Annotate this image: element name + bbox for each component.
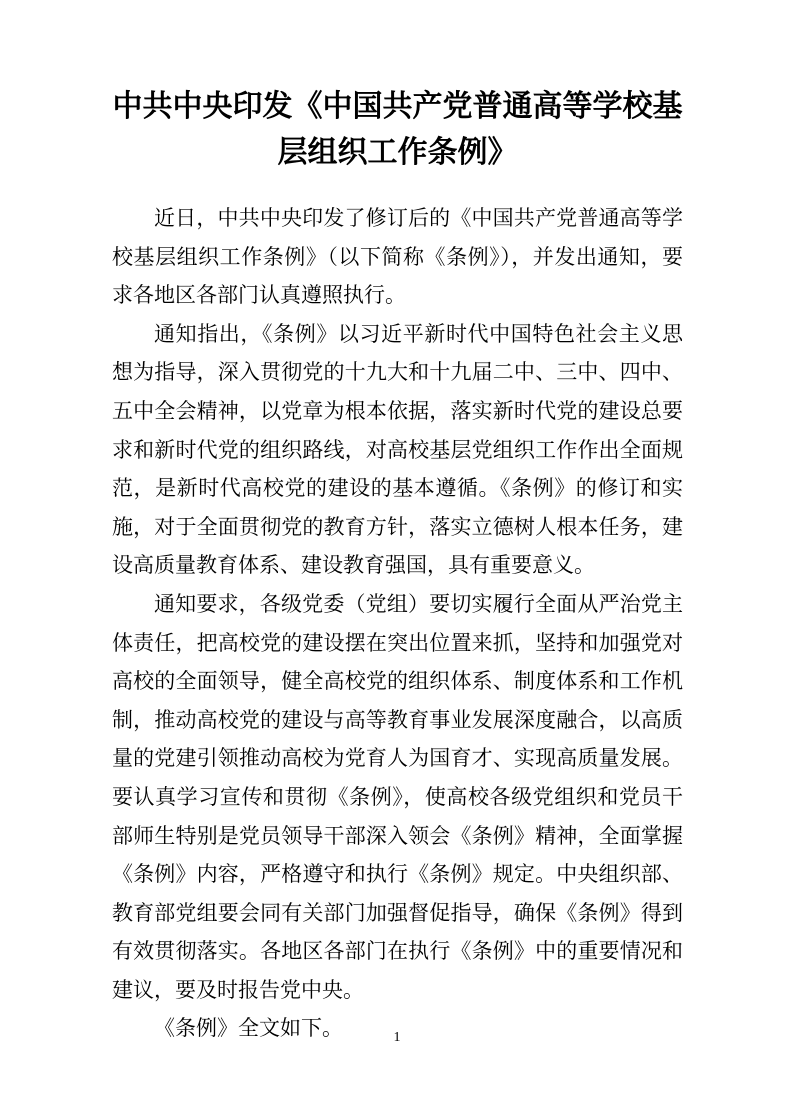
document-title: 中共中央印发《中国共产党普通高等学校基层组织工作条例》 [112, 84, 683, 176]
document-body: 近日，中共中央印发了修订后的《中国共产党普通高等学校基层组织工作条例》（以下简称… [112, 199, 683, 1048]
paragraph-notice-requirements: 通知要求，各级党委（党组）要切实履行全面从严治党主体责任，把高校党的建设摆在突出… [112, 585, 683, 1010]
paragraph-intro: 近日，中共中央印发了修订后的《中国共产党普通高等学校基层组织工作条例》（以下简称… [112, 199, 683, 315]
document-page: 中共中央印发《中国共产党普通高等学校基层组织工作条例》 近日，中共中央印发了修订… [0, 0, 794, 1108]
paragraph-notice-points: 通知指出，《条例》以习近平新时代中国特色社会主义思想为指导，深入贯彻党的十九大和… [112, 315, 683, 585]
page-number: 1 [0, 1030, 794, 1046]
